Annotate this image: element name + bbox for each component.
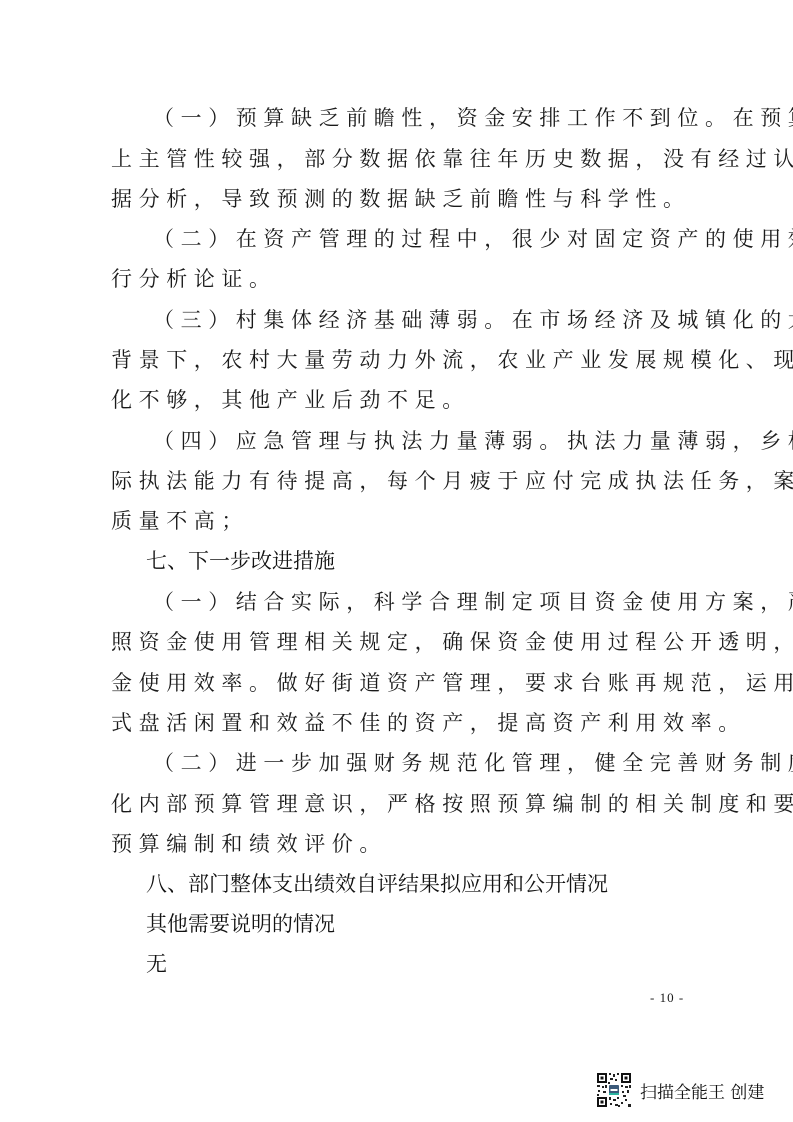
paragraph-line: 金使用效率。做好街道资产管理，要求台账再规范，运用各种方 <box>111 669 711 697</box>
section-heading: 其他需要说明的情况 <box>146 910 335 938</box>
section-heading: 无 <box>146 950 167 978</box>
section-heading: 八、部门整体支出绩效自评结果拟应用和公开情况 <box>146 870 608 898</box>
paragraph-first-line: （二）进一步加强财务规范化管理，健全完善财务制度，强 <box>153 749 753 777</box>
paragraph-line: 式盘活闲置和效益不佳的资产，提高资产利用效率。 <box>111 709 711 737</box>
watermark-text: 扫描全能王 创建 <box>640 1078 764 1103</box>
paragraph-line: 化不够，其他产业后劲不足。 <box>111 386 711 414</box>
paragraph-line: 预算编制和绩效评价。 <box>111 830 711 858</box>
paragraph-first-line: （一）结合实际，科学合理制定项目资金使用方案，严格按 <box>153 588 753 616</box>
page-number: - 10 - <box>650 990 684 1006</box>
section-heading: 七、下一步改进措施 <box>146 547 335 575</box>
paragraph-line: 化内部预算管理意识，严格按照预算编制的相关制度和要求进行 <box>111 790 711 818</box>
paragraph-line: 上主管性较强，部分数据依靠往年历史数据，没有经过认真的数 <box>111 145 711 173</box>
paragraph-line: 背景下，农村大量劳动力外流，农业产业发展规模化、现代 <box>111 346 711 374</box>
paragraph-first-line: （四）应急管理与执法力量薄弱。执法力量薄弱，乡村实 <box>153 427 753 455</box>
paragraph-first-line: （一）预算缺乏前瞻性，资金安排工作不到位。在预算安排 <box>153 104 753 132</box>
scanner-watermark: 扫描全能王 创建 <box>596 1072 764 1108</box>
paragraph-first-line: （二）在资产管理的过程中，很少对固定资产的使用效益进 <box>153 225 753 253</box>
paragraph-line: 际执法能力有待提高，每个月疲于应付完成执法任务，案卷 <box>111 467 711 495</box>
paragraph-line: 行分析论证。 <box>111 265 711 293</box>
paragraph-line: 据分析，导致预测的数据缺乏前瞻性与科学性。 <box>111 185 711 213</box>
paragraph-line: 照资金使用管理相关规定，确保资金使用过程公开透明，提升资 <box>111 628 711 656</box>
paragraph-first-line: （三）村集体经济基础薄弱。在市场经济及城镇化的大 <box>153 306 753 334</box>
paragraph-line: 质量不高； <box>111 507 711 535</box>
qr-code-icon <box>596 1072 632 1108</box>
document-page: （一）预算缺乏前瞻性，资金安排工作不到位。在预算安排上主管性较强，部分数据依靠往… <box>0 0 793 1122</box>
